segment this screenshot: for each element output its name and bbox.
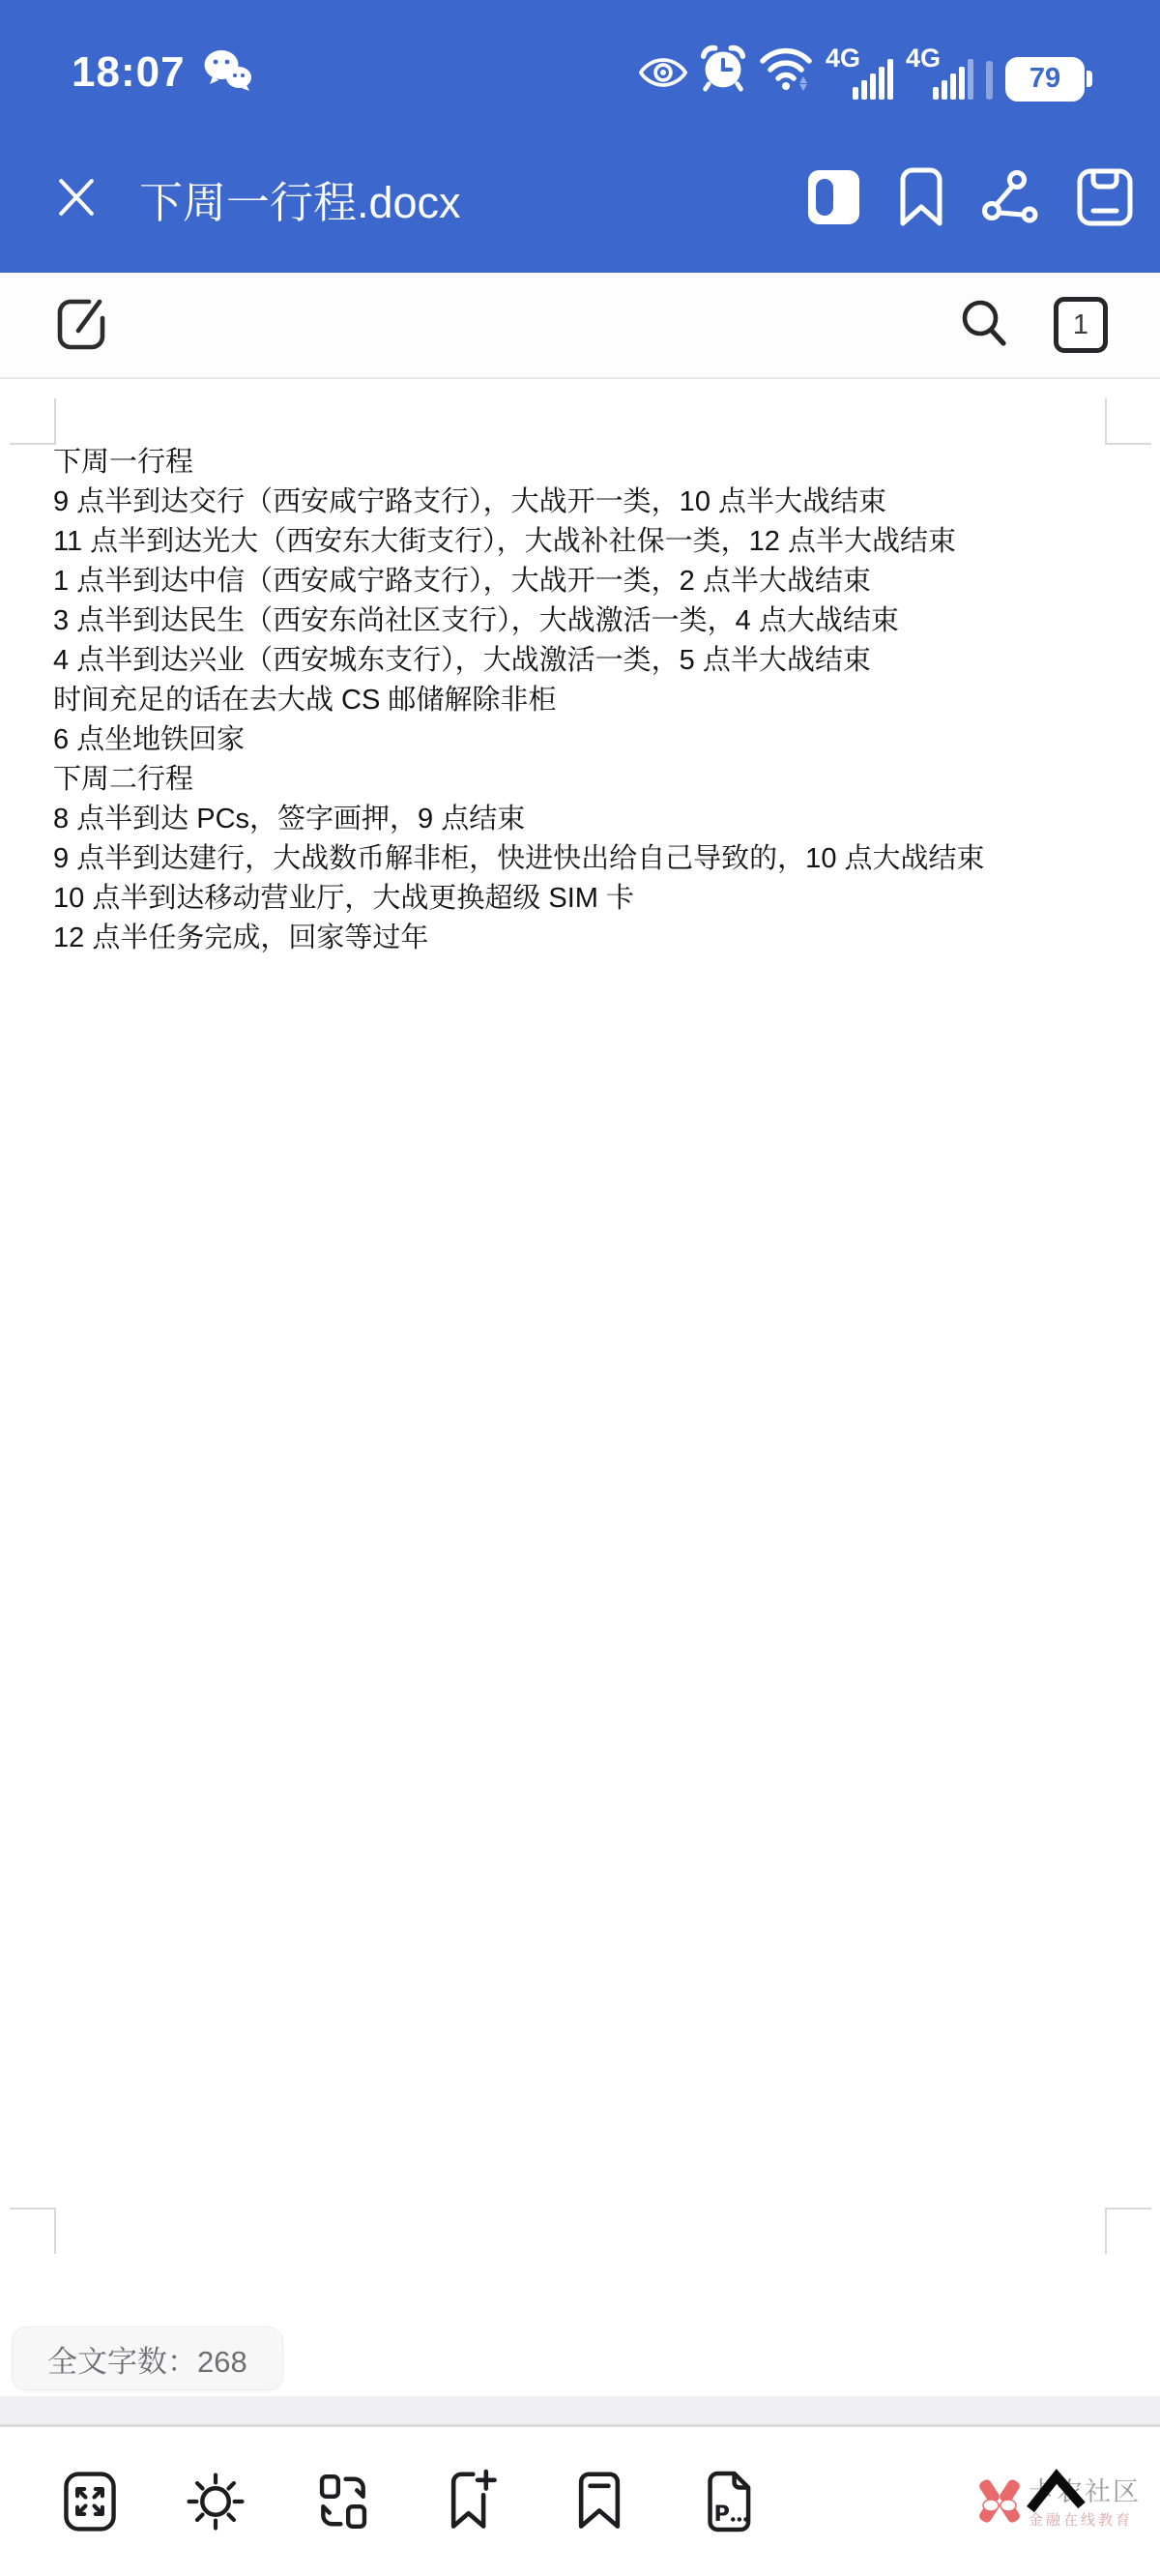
export-ppt-icon: P <box>700 2468 756 2538</box>
doc-line: 下周二行程 <box>53 760 1109 800</box>
page-number-button[interactable]: 1 <box>1054 297 1108 353</box>
eye-protection-icon <box>639 56 687 94</box>
signal-dim-bar <box>986 61 993 100</box>
svg-text:P: P <box>714 2501 730 2526</box>
reader-mode-button[interactable] <box>807 169 860 228</box>
battery-icon: 79 <box>1005 57 1092 102</box>
convert-button[interactable] <box>304 2464 382 2541</box>
doc-line: 9 点半到达建行，大战数币解非柜，快进快出给自己导致的，10 点大战结束 <box>53 839 1109 879</box>
doc-line: 1 点半到达中信（西安咸宁路支行），大战开一类，2 点半大战结束 <box>53 562 1109 601</box>
brightness-button[interactable] <box>177 2464 254 2541</box>
save-button[interactable] <box>1077 168 1133 229</box>
kanong-logo-icon <box>978 2478 1021 2530</box>
document-text: 下周一行程 9 点半到达交行（西安咸宁路支行），大战开一类，10 点半大战结束 … <box>53 443 1109 958</box>
view-toolbar: 1 <box>0 273 1160 379</box>
document-page: 下周一行程 9 点半到达交行（西安咸宁路支行），大战开一类，10 点半大战结束 … <box>0 379 1160 2396</box>
page-margin-corner-top-left <box>10 398 56 445</box>
doc-line: 8 点半到达 PCs，签字画押，9 点结束 <box>53 800 1109 839</box>
doc-line: 9 点半到达交行（西安咸宁路支行），大战开一类，10 点半大战结束 <box>53 483 1109 522</box>
page-margin-corner-top-right <box>1105 398 1151 445</box>
page-number: 1 <box>1073 309 1088 341</box>
convert-icon <box>313 2469 373 2537</box>
chevron-up-icon <box>1025 2469 1087 2520</box>
bookmark-remove-icon <box>570 2468 628 2538</box>
search-icon <box>959 298 1011 353</box>
page-gap-strip <box>0 2396 1160 2427</box>
bookmark-add-icon <box>443 2468 501 2538</box>
bookmark-button[interactable] <box>899 167 943 230</box>
signal-4g-secondary-icon: 4G <box>906 47 973 102</box>
reader-mode-icon <box>807 169 860 228</box>
doc-line: 10 点半到达移动营业厅，大战更换超级 SIM 卡 <box>53 879 1109 919</box>
fullscreen-button[interactable] <box>51 2464 129 2541</box>
fullscreen-icon <box>60 2469 120 2537</box>
page-margin-corner-bottom-left <box>10 2208 56 2254</box>
wifi-icon <box>759 46 813 96</box>
bottom-toolbar: P 卡农社区 金融在线 <box>0 2430 1160 2576</box>
doc-line: 12 点半任务完成，回家等过年 <box>53 919 1109 958</box>
close-icon <box>50 171 102 226</box>
share-icon <box>982 169 1038 228</box>
word-count-label: 全文字数：268 <box>47 2337 247 2381</box>
page-margin-corner-bottom-right <box>1105 2208 1151 2254</box>
forum-watermark: 卡农社区 金融在线教育 <box>978 2478 1141 2530</box>
doc-line: 下周一行程 <box>53 443 1109 483</box>
doc-line: 11 点半到达光大（西安东大街支行），大战补社保一类，12 点半大战结束 <box>53 522 1109 562</box>
app-screen: 18:07 <box>0 0 1160 2576</box>
save-icon <box>1077 168 1133 229</box>
alarm-icon <box>700 44 746 98</box>
document-title: 下周一行程.docx <box>139 167 807 230</box>
export-ppt-button[interactable]: P <box>689 2464 767 2541</box>
close-button[interactable] <box>50 171 102 226</box>
search-button[interactable] <box>959 298 1011 353</box>
battery-percent: 79 <box>1029 63 1060 95</box>
doc-line: 4 点半到达兴业（西安城东支行），大战激活一类，5 点半大战结束 <box>53 641 1109 681</box>
wechat-notification-icon <box>203 49 253 97</box>
doc-line: 6 点坐地铁回家 <box>53 720 1109 760</box>
edit-button[interactable] <box>56 297 106 354</box>
bookmark-remove-button[interactable] <box>561 2464 638 2541</box>
signal-4g-primary-icon: 4G <box>826 47 893 102</box>
doc-line: 时间充足的话在去大战 CS 邮储解除非柜 <box>53 681 1109 720</box>
brightness-icon <box>185 2469 246 2537</box>
status-bar: 18:07 <box>0 0 1160 132</box>
word-count-badge: 全文字数：268 <box>12 2327 283 2390</box>
doc-line: 3 点半到达民生（西安东尚社区支行），大战激活一类，4 点大战结束 <box>53 601 1109 641</box>
bookmark-icon <box>899 167 943 230</box>
clock-time: 18:07 <box>72 48 186 97</box>
bookmark-add-button[interactable] <box>433 2464 510 2541</box>
title-bar: 下周一行程.docx <box>0 132 1160 273</box>
share-button[interactable] <box>982 169 1038 228</box>
edit-icon <box>56 297 106 354</box>
